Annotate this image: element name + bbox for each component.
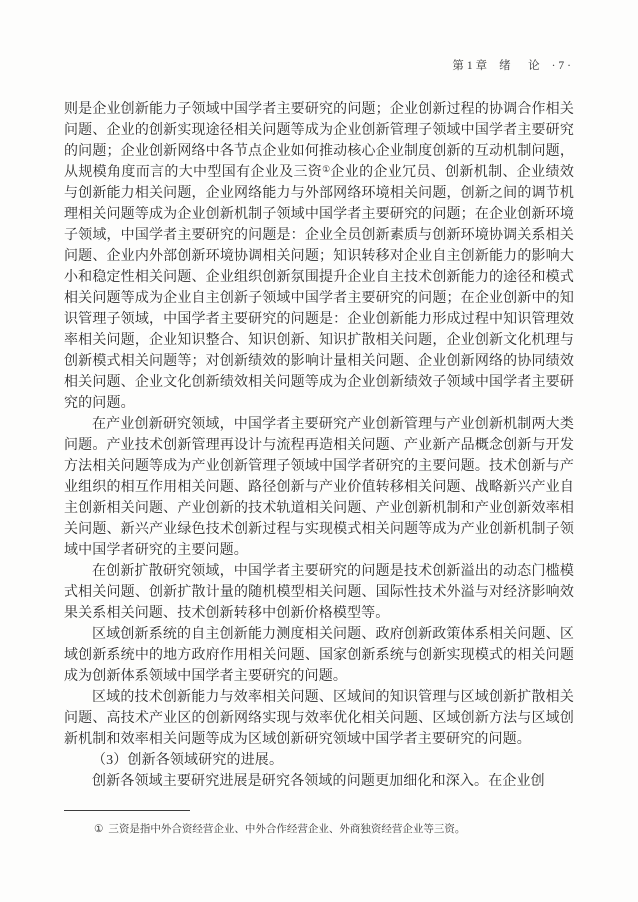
footnote: ①三资是指中外合资经营企业、中外合作经营企业、外商独资经营企业等三资。 (64, 822, 574, 837)
chapter-title: 绪 论 (499, 60, 543, 72)
paragraph-innovation-system: 区域创新系统的自主创新能力测度相关问题、政府创新政策体系相关问题、区域创新系统中… (64, 624, 574, 687)
footnote-divider (64, 810, 190, 811)
paragraph-innovation-diffusion: 在创新扩散研究领域，中国学者主要研究的问题是技术创新溢出的动态门槛模式相关问题、… (64, 561, 574, 624)
paragraph-regional-innovation: 区域的技术创新能力与效率相关问题、区域间的知识管理与区域创新扩散相关问题、高技术… (64, 687, 574, 750)
footnote-marker: ① (94, 824, 103, 835)
paragraph-research-progress: 创新各领域主要研究进展是研究各领域的问题更加细化和深入。在企业创 (64, 771, 574, 792)
paragraph-text-after-ref: 企业的企业冗员、创新机制、企业绩效与创新能力相关问题，企业网络能力与外部网络环境… (64, 165, 574, 411)
chapter-label: 第1章 (452, 60, 490, 72)
page-header: 第1章绪 论·7· (452, 59, 574, 73)
paragraph-industry-innovation: 在产业创新研究领域，中国学者主要研究产业创新管理与产业创新机制两大类问题。产业技… (64, 414, 574, 561)
body-text: 则是企业创新能力子领域中国学者主要研究的问题；企业创新过程的协调合作相关问题、企… (64, 99, 574, 792)
footnote-area: ①三资是指中外合资经营企业、中外合作经营企业、外商独资经营企业等三资。 (64, 810, 574, 837)
book-page: 第1章绪 论·7· 则是企业创新能力子领域中国学者主要研究的问题；企业创新过程的… (0, 0, 638, 902)
paragraph-heading-item-3: （3）创新各领域研究的进展。 (64, 750, 574, 771)
page-number: ·7· (552, 60, 574, 72)
paragraph-enterprise-innovation: 则是企业创新能力子领域中国学者主要研究的问题；企业创新过程的协调合作相关问题、企… (64, 99, 574, 414)
footnote-text: 三资是指中外合资经营企业、中外合作经营企业、外商独资经营企业等三资。 (108, 824, 465, 835)
